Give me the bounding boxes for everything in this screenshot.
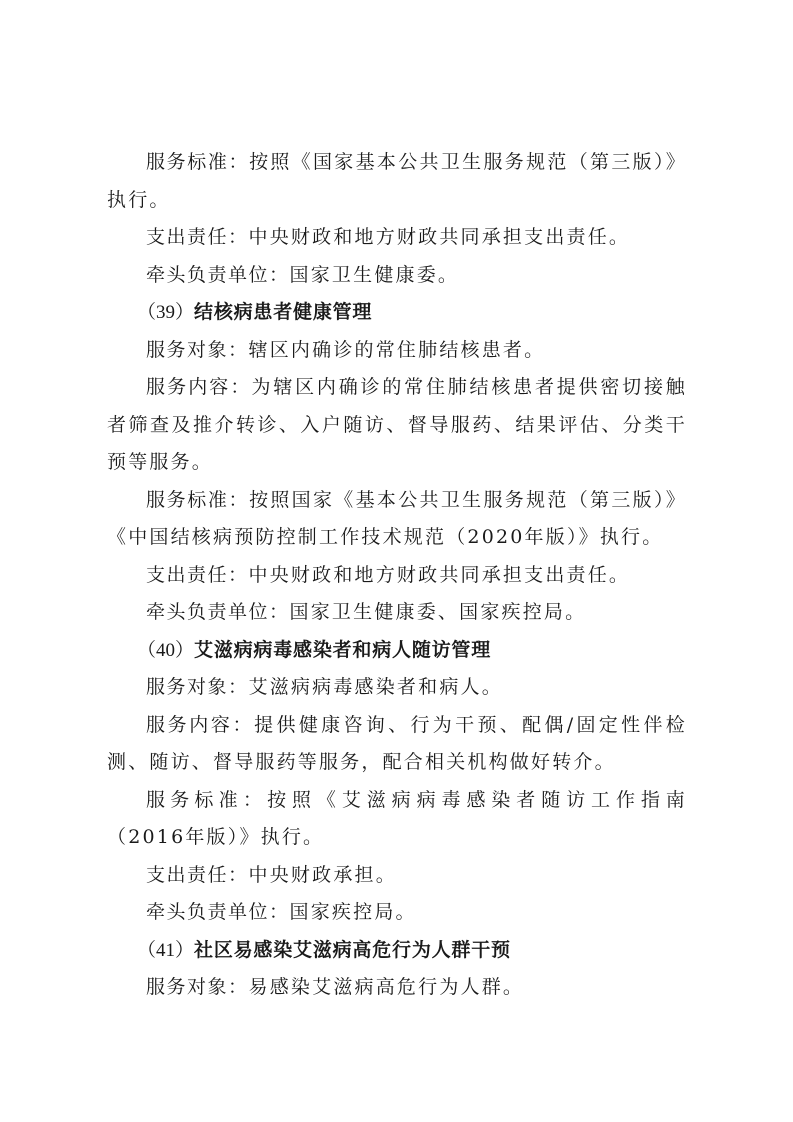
field-label: 支出责任： xyxy=(146,864,249,886)
section-title: 社区易感染艾滋病高危行为人群干预 xyxy=(194,939,511,961)
section-number: （41） xyxy=(137,940,194,961)
service-content-paragraph: 服务内容：提供健康咨询、行为干预、配偶/固定性伴检测、随访、督导服药等服务，配合… xyxy=(107,707,687,782)
field-text: 国家卫生健康委、国家疾控局。 xyxy=(290,601,587,623)
service-target-paragraph: 服务对象：艾滋病病毒感染者和病人。 xyxy=(107,669,687,707)
service-standard-paragraph: 服务标准：按照《国家基本公共卫生服务规范（第三版）》执行。 xyxy=(107,144,687,219)
field-label: 牵头负责单位： xyxy=(146,901,290,923)
field-text: 国家卫生健康委。 xyxy=(290,264,460,286)
field-label: 牵头负责单位： xyxy=(146,601,290,623)
field-text: 中央财政和地方财政共同承担支出责任。 xyxy=(249,226,631,248)
section-title: 结核病患者健康管理 xyxy=(194,301,372,323)
field-label: 服务对象： xyxy=(146,339,249,361)
field-label: 服务对象： xyxy=(146,976,249,998)
service-standard-paragraph: 服务标准：按照国家《基本公共卫生服务规范（第三版）》《中国结核病预防控制工作技术… xyxy=(107,482,687,557)
field-text: 易感染艾滋病高危行为人群。 xyxy=(249,976,525,998)
lead-unit-paragraph: 牵头负责单位：国家卫生健康委、国家疾控局。 xyxy=(107,594,687,632)
section-heading-39: （39）结核病患者健康管理 xyxy=(107,294,687,332)
section-heading-40: （40）艾滋病病毒感染者和病人随访管理 xyxy=(107,632,687,670)
service-target-paragraph: 服务对象：辖区内确诊的常住肺结核患者。 xyxy=(107,332,687,370)
section-title: 艾滋病病毒感染者和病人随访管理 xyxy=(194,639,491,661)
lead-unit-paragraph: 牵头负责单位：国家疾控局。 xyxy=(107,894,687,932)
field-text: 中央财政和地方财政共同承担支出责任。 xyxy=(249,564,631,586)
field-label: 服务内容： xyxy=(146,714,254,736)
lead-unit-paragraph: 牵头负责单位：国家卫生健康委。 xyxy=(107,257,687,295)
field-text: 辖区内确诊的常住肺结核患者。 xyxy=(249,339,546,361)
service-content-paragraph: 服务内容：为辖区内确诊的常住肺结核患者提供密切接触者筛查及推介转诊、入户随访、督… xyxy=(107,369,687,482)
field-label: 服务标准： xyxy=(146,789,267,811)
service-standard-paragraph: 服务标准：按照《艾滋病病毒感染者随访工作指南（2016年版）》执行。 xyxy=(107,782,687,857)
field-text: 中央财政承担。 xyxy=(249,864,397,886)
field-label: 牵头负责单位： xyxy=(146,264,290,286)
expenditure-responsibility-paragraph: 支出责任：中央财政承担。 xyxy=(107,857,687,895)
field-label: 服务标准： xyxy=(146,489,249,511)
expenditure-responsibility-paragraph: 支出责任：中央财政和地方财政共同承担支出责任。 xyxy=(107,219,687,257)
field-label: 支出责任： xyxy=(146,226,249,248)
service-target-paragraph: 服务对象：易感染艾滋病高危行为人群。 xyxy=(107,969,687,1007)
field-label: 服务标准： xyxy=(146,151,249,173)
document-page: 服务标准：按照《国家基本公共卫生服务规范（第三版）》执行。 支出责任：中央财政和… xyxy=(107,144,687,1007)
field-label: 服务对象： xyxy=(146,676,249,698)
field-text: 艾滋病病毒感染者和病人。 xyxy=(249,676,503,698)
section-number: （40） xyxy=(137,640,194,661)
field-label: 服务内容： xyxy=(146,376,252,398)
field-label: 支出责任： xyxy=(146,564,249,586)
section-number: （39） xyxy=(137,302,194,323)
section-heading-41: （41）社区易感染艾滋病高危行为人群干预 xyxy=(107,932,687,970)
field-text: 国家疾控局。 xyxy=(290,901,417,923)
expenditure-responsibility-paragraph: 支出责任：中央财政和地方财政共同承担支出责任。 xyxy=(107,557,687,595)
